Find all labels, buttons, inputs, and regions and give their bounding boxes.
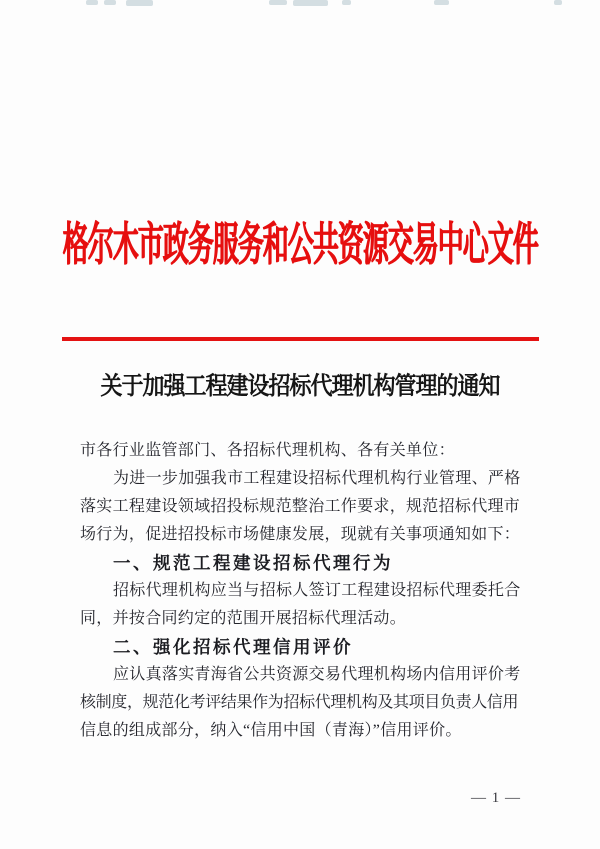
scan-artifact — [86, 0, 98, 5]
document-body: 市各行业监管部门、各招标代理机构、各有关单位： 为进一步加强我市工程建设招标代理… — [80, 437, 540, 745]
org-header-title: 格尔木市政务服务和公共资源交易中心文件 — [0, 198, 600, 294]
scan-artifact — [554, 0, 562, 5]
salutation-line: 市各行业监管部门、各招标代理机构、各有关单位： — [80, 437, 540, 465]
scan-artifact — [269, 0, 287, 5]
scan-artifact — [434, 0, 449, 5]
section-heading-1: 一、规范工程建设招标代理行为 — [80, 549, 540, 577]
paragraph-line: 落实工程建设领域招投标规范整治工作要求，规范招标代理市 — [80, 493, 540, 521]
scan-artifact — [104, 0, 116, 5]
scan-artifact — [342, 0, 351, 5]
document-title: 关于加强工程建设招标代理机构管理的通知 — [0, 368, 600, 404]
paragraph-line: 为进一步加强我市工程建设招标代理机构行业管理、严格 — [80, 465, 540, 493]
document-page: 格尔木市政务服务和公共资源交易中心文件 关于加强工程建设招标代理机构管理的通知 … — [0, 0, 600, 849]
paragraph-line: 招标代理机构应当与招标人签订工程建设招标代理委托合 — [80, 577, 540, 605]
paragraph-line: 同，并按合同约定的范围开展招标代理活动。 — [80, 605, 540, 633]
scan-artifact — [126, 0, 153, 6]
paragraph-line: 场行为，促进招投标市场健康发展，现就有关事项通知如下： — [80, 521, 540, 549]
paragraph-line: 应认真落实青海省公共资源交易代理机构场内信用评价考 — [80, 661, 540, 689]
section-heading-2: 二、强化招标代理信用评价 — [80, 633, 540, 661]
red-divider-line — [62, 337, 539, 341]
paragraph-line: 信息的组成部分，纳入“信用中国（青海）”信用评价。 — [80, 717, 540, 745]
page-number: — 1 — — [440, 788, 552, 808]
scan-artifact — [293, 0, 328, 6]
paragraph-line: 核制度，规范化考评结果作为招标代理机构及其项目负责人信用 — [80, 689, 540, 717]
